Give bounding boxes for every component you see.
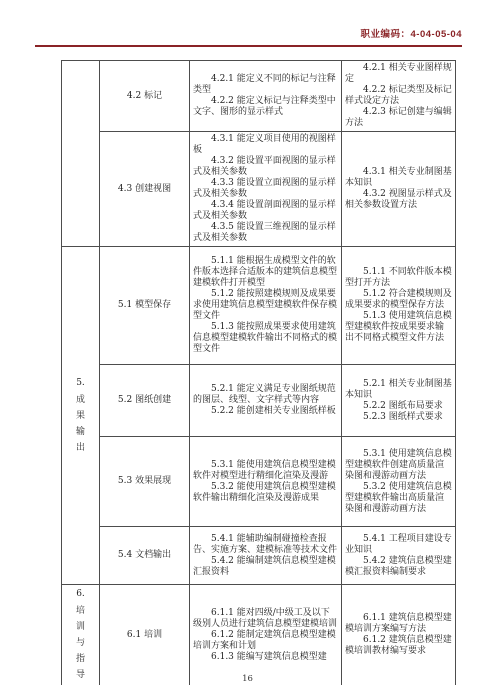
function-cell-4-empty <box>62 61 100 247</box>
knowledge-item: 6.1.2 建筑信息模型建模培训教材编写要求 <box>345 635 452 657</box>
skill-item: 5.4.2 能编制建筑信息模型建模汇报资料 <box>193 556 338 578</box>
knowledge-item: 5.1.2 符合建模规则及成果要求的模型保存方法 <box>345 289 452 311</box>
knowledge-item: 5.4.1 工程项目建设专业知识 <box>345 534 452 556</box>
skill-item: 5.4.1 能辅助编制碰撞检查报告、实施方案、建模标准等技术文件 <box>193 534 338 556</box>
knowledge-item: 4.2.2 标记类型及标记样式设定方法 <box>345 85 452 107</box>
knowledge-item: 4.3.1 相关专业制图基本知识 <box>345 167 452 189</box>
knowledge-cell-6-1: 6.1.1 建筑信息模型建模培训方案编写方法 6.1.2 建筑信息模型建模培训教… <box>342 585 456 686</box>
skills-cell-5-4: 5.4.1 能辅助编制碰撞检查报告、实施方案、建模标准等技术文件 5.4.2 能… <box>190 527 342 585</box>
skill-item: 4.3.2 能设置平面视图的显示样式及相关参数 <box>193 156 338 178</box>
knowledge-item: 5.1.3 使用建筑信息模型建模软件按成果要求输出不同格式模型文件方法 <box>345 311 452 344</box>
function-cell-5: 5. 成果输出 <box>62 247 100 585</box>
skill-item: 4.3.3 能设置立面视图的显示样式及相关参数 <box>193 178 338 200</box>
skill-item: 4.2.1 能定义不同的标记与注释类型 <box>193 74 338 96</box>
function-cell-6: 6. 培训与指导 <box>62 585 100 686</box>
skill-item: 6.1.1 能对四级/中级工及以下级别人员进行建筑信息模型建模培训 <box>193 608 338 630</box>
skill-item: 6.1.3 能编写建筑信息模型建 <box>193 652 338 663</box>
knowledge-cell-5-2: 5.2.1 相关专业制图基本知识 5.2.2 图纸布局要求 5.2.3 图纸样式… <box>342 365 456 437</box>
knowledge-item: 4.3.2 视图显示样式及相关参数设置方法 <box>345 189 452 211</box>
header-rule <box>35 45 462 47</box>
skills-cell-4-3: 4.3.1 能定义项目使用的视图样板 4.3.2 能设置平面视图的显示样式及相关… <box>190 132 342 247</box>
task-cell-5-2: 5.2 图纸创建 <box>100 365 190 437</box>
task-cell-5-4: 5.4 文档输出 <box>100 527 190 585</box>
document-page: 职业编码：4-04-05-04 4.2 标记 4.2.1 能定义不同的标记与注释… <box>0 0 495 700</box>
skill-item: 5.2.2 能创建相关专业图纸样板 <box>193 406 338 417</box>
task-cell-6-1: 6.1 培训 <box>100 585 190 686</box>
function-number: 6. <box>76 587 85 602</box>
skill-standard-table: 4.2 标记 4.2.1 能定义不同的标记与注释类型 4.2.2 能定义标记与注… <box>61 60 456 685</box>
skill-item: 4.3.4 能设置剖面视图的显示样式及相关参数 <box>193 200 338 222</box>
function-label-5: 5. 成果输出 <box>65 376 96 456</box>
knowledge-item: 5.2.3 图纸样式要求 <box>345 412 452 423</box>
skill-item: 4.3.5 能设置三维视图的显示样式及相关参数 <box>193 222 338 244</box>
knowledge-cell-4-2: 4.2.1 相关专业图样规定 4.2.2 标记类型及标记样式设定方法 4.2.3… <box>342 61 456 132</box>
knowledge-item: 6.1.1 建筑信息模型建模培训方案编写方法 <box>345 613 452 635</box>
knowledge-item: 5.1.1 不同软件版本模型打开方法 <box>345 267 452 289</box>
skills-cell-5-2: 5.2.1 能定义满足专业图纸规范的图层、线型、文字样式等内容 5.2.2 能创… <box>190 365 342 437</box>
knowledge-cell-5-4: 5.4.1 工程项目建设专业知识 5.4.2 建筑信息模型建模汇报资料编制要求 <box>342 527 456 585</box>
skills-cell-6-1: 6.1.1 能对四级/中级工及以下级别人员进行建筑信息模型建模培训 6.1.2 … <box>190 585 342 686</box>
function-label-6: 6. 培训与指导 <box>65 587 96 683</box>
knowledge-cell-4-3: 4.3.1 相关专业制图基本知识 4.3.2 视图显示样式及相关参数设置方法 <box>342 132 456 247</box>
function-name-vertical: 培训与指导 <box>76 603 85 683</box>
skill-item: 6.1.2 能制定建筑信息模型建模培训方案和计划 <box>193 630 338 652</box>
function-number: 5. <box>76 376 85 391</box>
skill-item: 5.3.1 能使用建筑信息模型建模软件对模型进行精细化渲染及漫游 <box>193 460 338 482</box>
skill-item: 5.1.3 能按照成果要求使用建筑信息模型建模软件输出不同格式的模型文件 <box>193 322 338 355</box>
skill-item: 5.3.2 能使用建筑信息模型建模软件输出精细化渲染及漫游成果 <box>193 482 338 504</box>
skill-item: 5.1.2 能按照建模规则及成果要求使用建筑信息模型建模软件保存模型文件 <box>193 289 338 322</box>
knowledge-item: 4.2.1 相关专业图样规定 <box>345 63 452 85</box>
knowledge-item: 4.2.3 标记创建与编辑方法 <box>345 107 452 129</box>
knowledge-item: 5.2.1 相关专业制图基本知识 <box>345 379 452 401</box>
task-cell-4-3: 4.3 创建视图 <box>100 132 190 247</box>
knowledge-item: 5.4.2 建筑信息模型建模汇报资料编制要求 <box>345 556 452 578</box>
occupation-code: 职业编码：4-04-05-04 <box>35 26 462 40</box>
knowledge-item: 5.3.2 使用建筑信息模型建模软件输出高质量渲染图和漫游动画方法 <box>345 482 452 515</box>
doc-header: 职业编码：4-04-05-04 <box>35 26 462 47</box>
skill-item: 4.2.2 能定义标记与注释类型中文字、图形的显示样式 <box>193 96 338 118</box>
skills-cell-5-1: 5.1.1 能根据生成模型文件的软件版本选择合适版本的建筑信息模型建模软件打开模… <box>190 247 342 365</box>
skills-cell-5-3: 5.3.1 能使用建筑信息模型建模软件对模型进行精细化渲染及漫游 5.3.2 能… <box>190 437 342 527</box>
function-name-vertical: 成果输出 <box>76 392 85 456</box>
knowledge-cell-5-3: 5.3.1 使用建筑信息模型建模软件创建高质量渲染图和漫游动画方法 5.3.2 … <box>342 437 456 527</box>
skill-item: 4.3.1 能定义项目使用的视图样板 <box>193 134 338 156</box>
knowledge-cell-5-1: 5.1.1 不同软件版本模型打开方法 5.1.2 符合建模规则及成果要求的模型保… <box>342 247 456 365</box>
page-number: 16 <box>0 674 495 684</box>
knowledge-item: 5.3.1 使用建筑信息模型建模软件创建高质量渲染图和漫游动画方法 <box>345 449 452 482</box>
skills-cell-4-2: 4.2.1 能定义不同的标记与注释类型 4.2.2 能定义标记与注释类型中文字、… <box>190 61 342 132</box>
task-cell-4-2: 4.2 标记 <box>100 61 190 132</box>
skill-item: 5.2.1 能定义满足专业图纸规范的图层、线型、文字样式等内容 <box>193 384 338 406</box>
task-cell-5-3: 5.3 效果展现 <box>100 437 190 527</box>
knowledge-item: 5.2.2 图纸布局要求 <box>345 401 452 412</box>
task-cell-5-1: 5.1 模型保存 <box>100 247 190 365</box>
skill-item: 5.1.1 能根据生成模型文件的软件版本选择合适版本的建筑信息模型建模软件打开模… <box>193 256 338 289</box>
